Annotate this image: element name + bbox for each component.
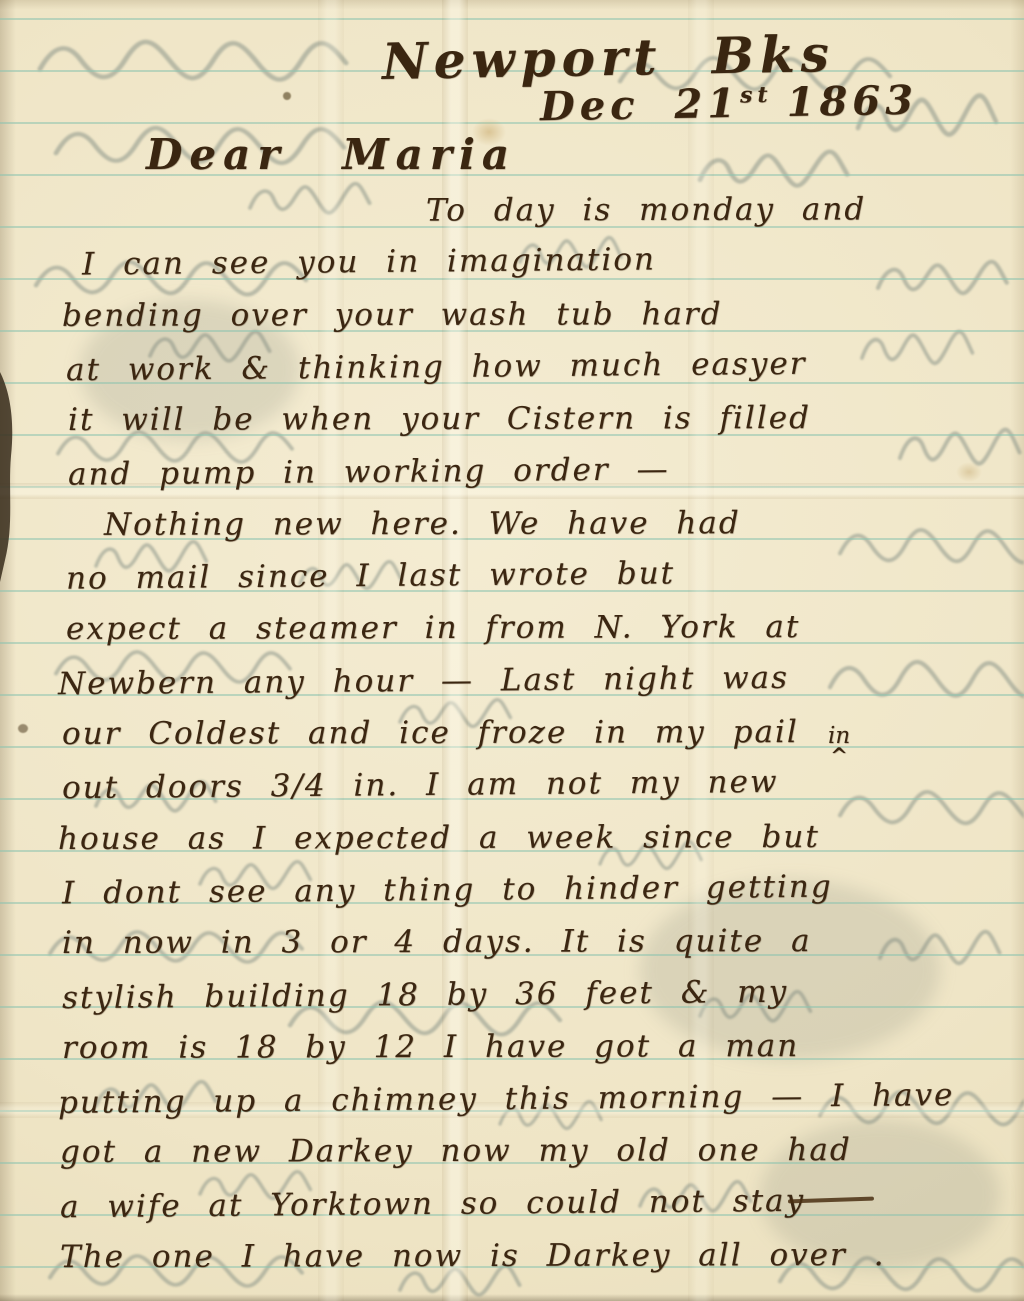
handwritten-line: The one I have now is Darkey all over . bbox=[60, 1237, 886, 1275]
date-ordinal: st bbox=[740, 82, 773, 109]
date-year: 1863 bbox=[786, 77, 918, 126]
bleedthrough-smudge bbox=[80, 300, 300, 440]
bleedthrough-smudge bbox=[760, 1120, 1000, 1270]
inserted-word: in ^ bbox=[828, 726, 850, 766]
handwritten-line: Newbern any hour — Last night was bbox=[58, 659, 789, 701]
salutation: Dear Maria bbox=[146, 130, 516, 179]
stain bbox=[18, 724, 28, 733]
stain bbox=[283, 92, 291, 100]
torn-edge bbox=[0, 372, 22, 582]
handwritten-line: out doors 3/4 in. I am not my new bbox=[62, 764, 779, 806]
handwritten-line: Nothing new here. We have had bbox=[104, 505, 741, 543]
handwritten-line: I can see you in imagination bbox=[82, 242, 656, 283]
fold-crease-horizontal bbox=[0, 1102, 1024, 1118]
caret-mark: ^ bbox=[828, 747, 850, 766]
handwritten-line: To day is monday and bbox=[426, 191, 866, 228]
handwritten-line: no mail since I last wrote but bbox=[66, 555, 675, 596]
heading-date: Dec 21st1863 bbox=[540, 77, 919, 131]
fold-crease-horizontal bbox=[0, 483, 1024, 499]
letter-page: Newport Bks Dec 21st1863 Dear Maria To d… bbox=[0, 0, 1024, 1301]
date-day: Dec 21 bbox=[540, 80, 741, 130]
bleedthrough-smudge bbox=[640, 880, 940, 1060]
stain bbox=[956, 462, 982, 482]
